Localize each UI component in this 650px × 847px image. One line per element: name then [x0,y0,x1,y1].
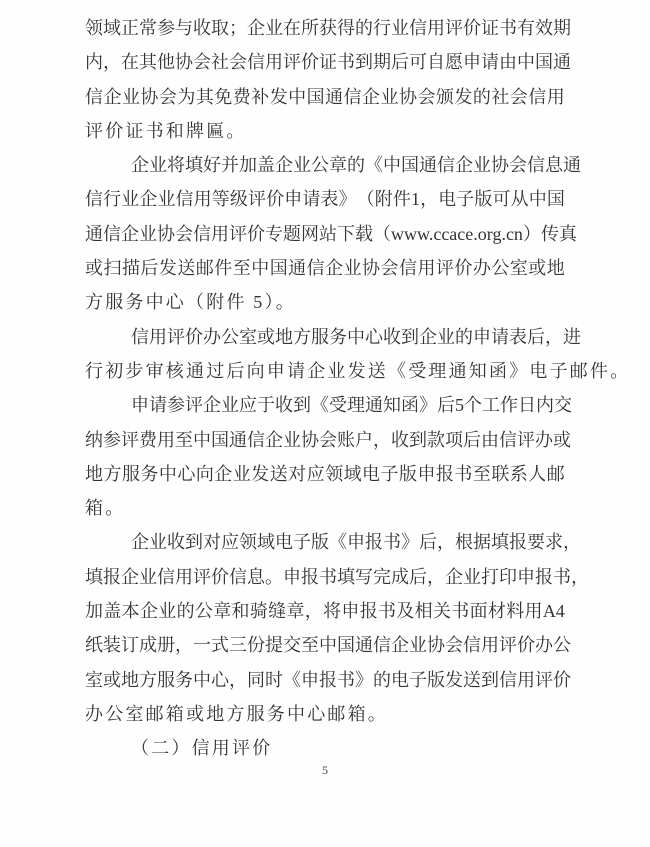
para-1-continuation-line-3: 信企业协会为其免费补发中国通信企业协会颁发的社会信用 [85,80,565,114]
para-2-application-form-line-3: 通信企业协会信用评价专题网站下载（www.ccace.org.cn）传真 [85,217,565,251]
para-3-acceptance-notice-line-2: 行初步审核通过后向申请企业发送《受理通知函》电子邮件。 [85,354,565,388]
para-4-payment-line-4: 箱。 [85,491,565,525]
para-1-continuation-line-1: 领域正常参与收取；企业在所获得的行业信用评价证书有效期 [85,11,565,45]
para-2-application-form-line-1: 企业将填好并加盖企业公章的《中国通信企业协会信息通 [85,148,565,182]
para-4-payment-line-2: 纳参评费用至中国通信企业协会账户，收到款项后由信评办或 [85,423,565,457]
para-5-declaration-book-line-1: 企业收到对应领域电子版《申报书》后，根据填报要求， [85,525,565,559]
para-2-application-form-line-4: 或扫描后发送邮件至中国通信企业协会信用评价办公室或地 [85,251,565,285]
para-5-declaration-book-line-2: 填报企业信用评价信息。申报书填写完成后，企业打印申报书， [85,560,565,594]
para-1-continuation-line-4: 评价证书和牌匾。 [85,114,565,148]
document-body: 领域正常参与收取；企业在所获得的行业信用评价证书有效期内，在其他协会社会信用评价… [85,11,565,766]
para-1-continuation-line-2: 内，在其他协会社会信用评价证书到期后可自愿申请由中国通 [85,45,565,79]
para-5-declaration-book-line-4: 纸装订成册，一式三份提交至中国通信企业协会信用评价办公 [85,628,565,662]
para-5-declaration-book-line-5: 室或地方服务中心，同时《申报书》的电子版发送到信用评价 [85,663,565,697]
para-2-application-form-line-2: 信行业企业信用等级评价申请表》（附件1，电子版可从中国 [85,182,565,216]
para-3-acceptance-notice-line-1: 信用评价办公室或地方服务中心收到企业的申请表后，进 [85,320,565,354]
para-4-payment-line-3: 地方服务中心向企业发送对应领域电子版申报书至联系人邮 [85,457,565,491]
para-4-payment-line-1: 申请参评企业应于收到《受理通知函》后5个工作日内交 [85,388,565,422]
para-5-declaration-book-line-3: 加盖本企业的公章和骑缝章，将申报书及相关书面材料用A4 [85,594,565,628]
para-6-section-heading-line-1: （二）信用评价 [85,731,565,765]
document-page: 领域正常参与收取；企业在所获得的行业信用评价证书有效期内，在其他协会社会信用评价… [0,0,650,847]
para-5-declaration-book-line-6: 办公室邮箱或地方服务中心邮箱。 [85,697,565,731]
page-number: 5 [0,763,650,778]
para-2-application-form-line-5: 方服务中心（附件 5）。 [85,285,565,319]
